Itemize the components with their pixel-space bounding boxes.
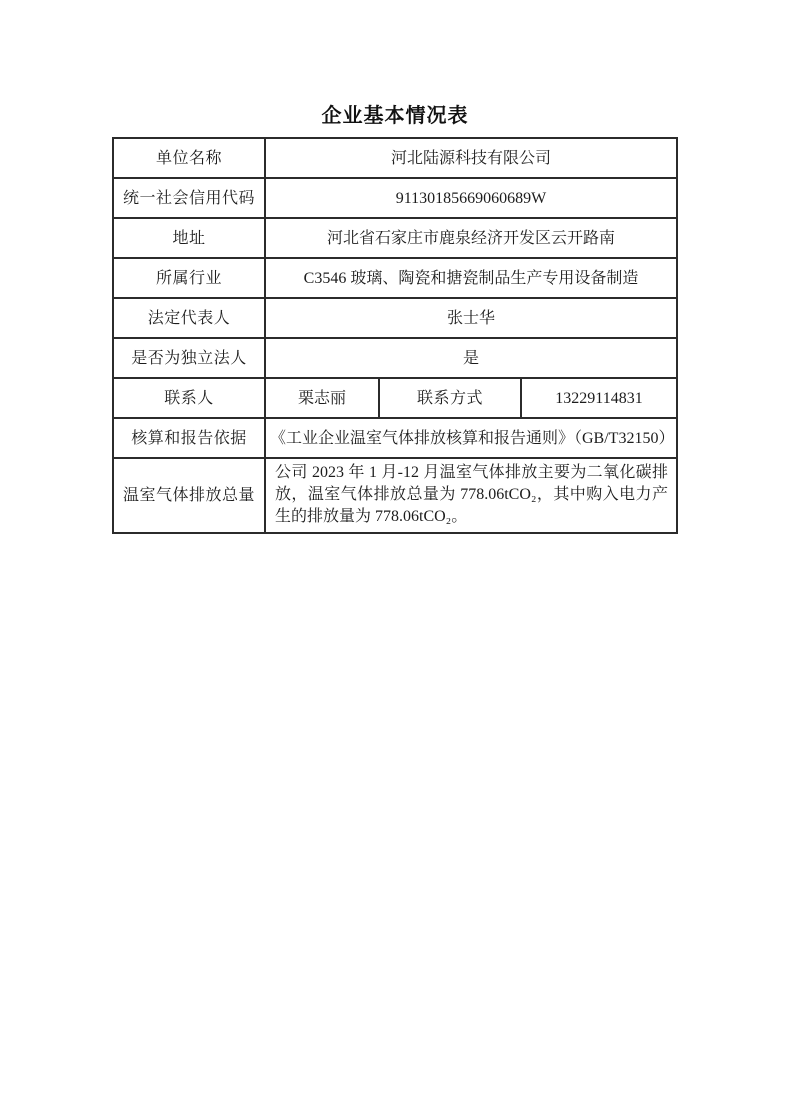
page-title: 企业基本情况表 <box>0 99 790 128</box>
table-row-legal-representative: 法定代表人 张士华 <box>113 298 677 338</box>
table-row-contact: 联系人 栗志丽 联系方式 13229114831 <box>113 378 677 418</box>
contact-method-value: 13229114831 <box>521 378 677 418</box>
contact-person-label: 联系人 <box>113 378 265 418</box>
independent-entity-label: 是否为独立法人 <box>113 338 265 378</box>
credit-code-label: 统一社会信用代码 <box>113 178 265 218</box>
legal-representative-label: 法定代表人 <box>113 298 265 338</box>
table-row-reporting-basis: 核算和报告依据 《工业企业温室气体排放核算和报告通则》（GB/T32150） <box>113 418 677 458</box>
address-value: 河北省石家庄市鹿泉经济开发区云开路南 <box>265 218 677 258</box>
reporting-basis-value: 《工业企业温室气体排放核算和报告通则》（GB/T32150） <box>265 418 677 458</box>
table-row-total-emissions: 温室气体排放总量 公司 2023 年 1 月-12 月温室气体排放主要为二氧化碳… <box>113 458 677 533</box>
table-row-company-name: 单位名称 河北陆源科技有限公司 <box>113 138 677 178</box>
table-row-industry: 所属行业 C3546 玻璃、陶瓷和搪瓷制品生产专用设备制造 <box>113 258 677 298</box>
table-row-address: 地址 河北省石家庄市鹿泉经济开发区云开路南 <box>113 218 677 258</box>
company-info-table: 单位名称 河北陆源科技有限公司 统一社会信用代码 911301856690606… <box>112 137 678 534</box>
total-emissions-label: 温室气体排放总量 <box>113 458 265 533</box>
total-emissions-value: 公司 2023 年 1 月-12 月温室气体排放主要为二氧化碳排放，温室气体排放… <box>265 458 677 533</box>
company-name-value: 河北陆源科技有限公司 <box>265 138 677 178</box>
address-label: 地址 <box>113 218 265 258</box>
table-row-independent-entity: 是否为独立法人 是 <box>113 338 677 378</box>
industry-value: C3546 玻璃、陶瓷和搪瓷制品生产专用设备制造 <box>265 258 677 298</box>
independent-entity-value: 是 <box>265 338 677 378</box>
industry-label: 所属行业 <box>113 258 265 298</box>
reporting-basis-label: 核算和报告依据 <box>113 418 265 458</box>
credit-code-value: 91130185669060689W <box>265 178 677 218</box>
legal-representative-value: 张士华 <box>265 298 677 338</box>
table-row-credit-code: 统一社会信用代码 91130185669060689W <box>113 178 677 218</box>
document-page: 企业基本情况表 单位名称 河北陆源科技有限公司 统一社会信用代码 9113018… <box>0 0 790 1119</box>
contact-person-value: 栗志丽 <box>265 378 379 418</box>
contact-method-label: 联系方式 <box>379 378 521 418</box>
company-name-label: 单位名称 <box>113 138 265 178</box>
